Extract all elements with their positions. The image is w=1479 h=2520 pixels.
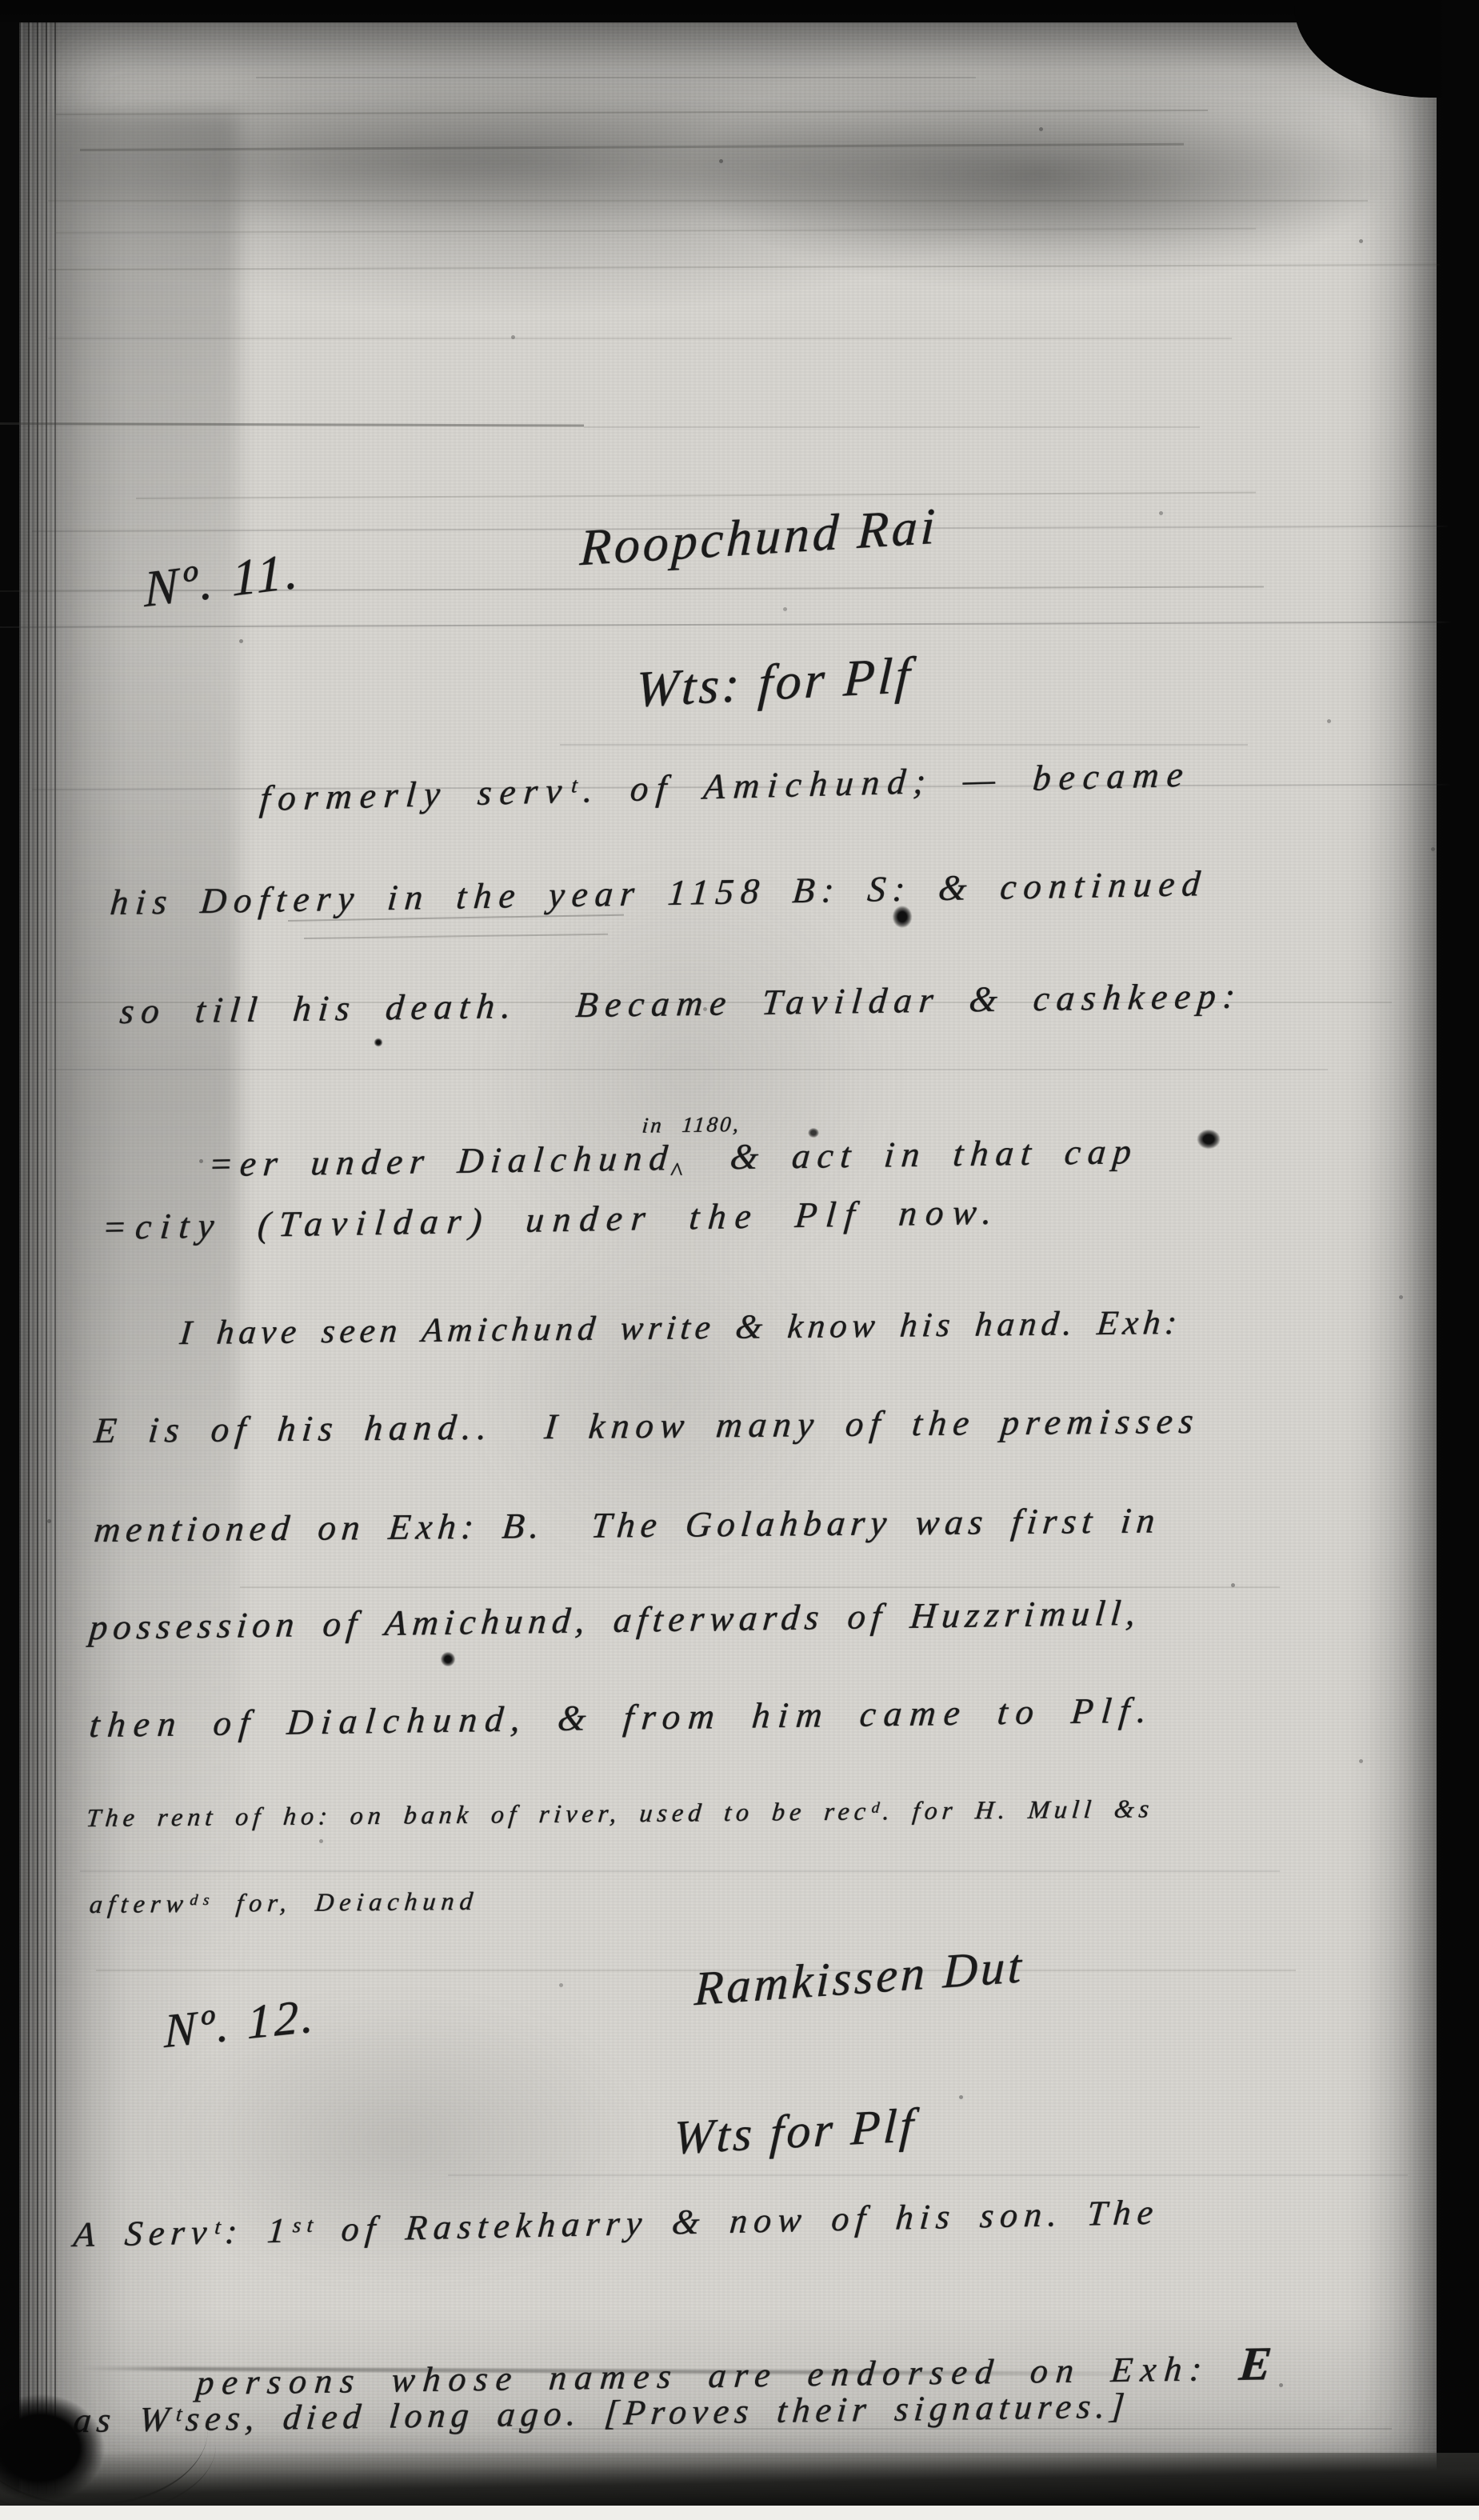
ruled-line bbox=[48, 338, 1232, 339]
ruled-line bbox=[80, 1870, 1280, 1872]
ink-blot bbox=[373, 1037, 384, 1048]
scan-edge-bottom bbox=[0, 2453, 1479, 2506]
scan-edge-top bbox=[0, 0, 1479, 24]
ruled-line bbox=[48, 1069, 1328, 1070]
scan-margin-bottom bbox=[0, 2506, 1479, 2520]
ink-blot bbox=[1193, 1126, 1224, 1152]
ruled-line bbox=[48, 200, 1368, 202]
manuscript-scan: Nº. 11. Roopchund Rai Wts: for Plf forme… bbox=[0, 0, 1479, 2520]
ruled-line bbox=[256, 77, 976, 78]
scan-edge-right bbox=[1435, 0, 1479, 2520]
interline-insertion: in 1180,^ bbox=[674, 1133, 733, 1170]
manuscript-line-small: afterwᵈˢ for, Deiachund bbox=[88, 1886, 479, 1919]
ruled-line bbox=[240, 1586, 1280, 1588]
ruled-line bbox=[560, 744, 1248, 746]
ruled-line bbox=[448, 2174, 1408, 2176]
line-segment: & act in that cap bbox=[729, 1131, 1140, 1177]
insertion-text: in 1180, bbox=[641, 1112, 741, 1138]
exhibit-letter: E bbox=[1237, 2337, 1274, 2390]
ruled-line bbox=[584, 426, 1200, 428]
ink-blot bbox=[438, 1650, 458, 1669]
line-segment: =er under Dialchund bbox=[207, 1138, 677, 1184]
insertion-caret: ^ bbox=[669, 1158, 690, 1187]
stain-top-band bbox=[40, 72, 1384, 248]
